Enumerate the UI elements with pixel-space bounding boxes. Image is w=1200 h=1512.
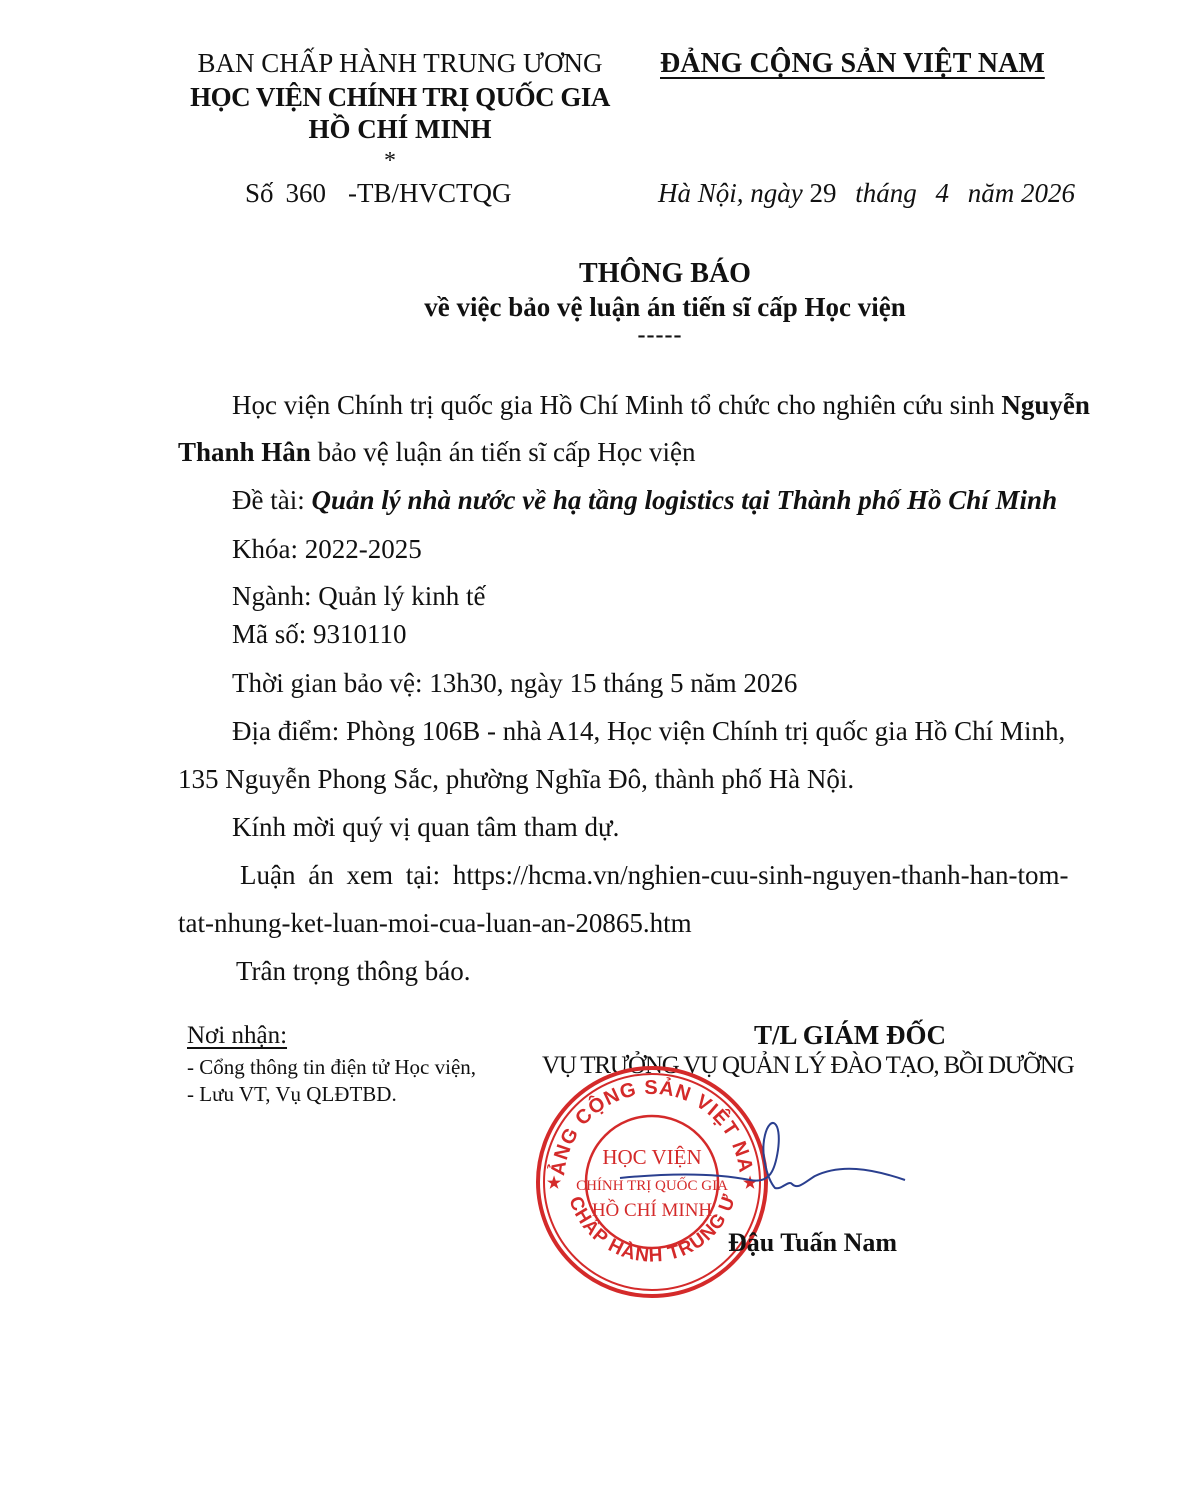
doc-number-value: 360 xyxy=(286,178,327,208)
org-name-cont: HỒ CHÍ MINH xyxy=(170,114,630,145)
date-day: 29 xyxy=(810,178,837,208)
intro-suffix: bảo vệ luận án tiến sĩ cấp Học viện xyxy=(311,437,696,467)
date-month-label: tháng xyxy=(855,178,917,208)
intro-text: Học viện Chính trị quốc gia Hồ Chí Minh … xyxy=(232,390,1001,420)
candidate-name-first: Nguyễn xyxy=(1001,390,1090,420)
org-name: HỌC VIỆN CHÍNH TRỊ QUỐC GIA xyxy=(170,82,630,113)
date-line: Hà Nội, ngày 29 tháng 4 năm 2026 xyxy=(658,178,1075,209)
time-line: Thời gian bảo vệ: 13h30, ngày 15 tháng 5… xyxy=(232,668,797,699)
doc-number-suffix: -TB/HVCTQG xyxy=(348,178,512,208)
recipient-item: - Lưu VT, Vụ QLĐTBD. xyxy=(187,1082,397,1107)
topic-line: Đề tài: Quản lý nhà nước về hạ tầng logi… xyxy=(232,485,1057,516)
doc-subtitle: về việc bảo vệ luận án tiến sĩ cấp Học v… xyxy=(0,292,1200,323)
thesis-link-line1[interactable]: Luận án xem tại: https://hcma.vn/nghien-… xyxy=(240,860,1069,891)
code-line: Mã số: 9310110 xyxy=(232,619,407,650)
recipient-item: - Cổng thông tin điện tử Học viện, xyxy=(187,1055,476,1080)
date-month: 4 xyxy=(936,178,950,208)
doc-number: Số360-TB/HVCTQG xyxy=(245,178,512,209)
date-year-label: năm xyxy=(968,178,1015,208)
intro-line2: Thanh Hân bảo vệ luận án tiến sĩ cấp Học… xyxy=(178,437,695,468)
major-line: Ngành: Quản lý kinh tế xyxy=(232,581,485,612)
title-separator: ----- xyxy=(0,322,1200,349)
thesis-link-line2[interactable]: tat-nhung-ket-luan-moi-cua-luan-an-20865… xyxy=(178,908,692,939)
svg-text:★: ★ xyxy=(547,1175,562,1192)
course-line: Khóa: 2022-2025 xyxy=(232,534,422,565)
doc-number-prefix: Số xyxy=(245,178,274,208)
signer-name: Đậu Tuấn Nam xyxy=(728,1228,897,1258)
date-year: 2026 xyxy=(1021,178,1075,208)
org-parent: BAN CHẤP HÀNH TRUNG ƯƠNG xyxy=(170,48,630,79)
closing-line: Trân trọng thông báo. xyxy=(236,956,471,987)
location-line2: 135 Nguyễn Phong Sắc, phường Nghĩa Đô, t… xyxy=(178,764,854,795)
invitation-line: Kính mời quý vị quan tâm tham dự. xyxy=(232,812,619,843)
topic-label: Đề tài: xyxy=(232,485,311,515)
location-line1: Địa điểm: Phòng 106B - nhà A14, Học viện… xyxy=(232,716,1065,747)
recipients-heading: Nơi nhận: xyxy=(187,1022,287,1050)
doc-title: THÔNG BÁO xyxy=(0,258,1200,290)
party-name: ĐẢNG CỘNG SẢN VIỆT NAM xyxy=(660,48,1045,80)
topic-value: Quản lý nhà nước về hạ tầng logistics tạ… xyxy=(311,485,1057,515)
signature-title: T/L GIÁM ĐỐC xyxy=(580,1020,1120,1051)
handwritten-signature-icon xyxy=(600,1110,920,1210)
date-place: Hà Nội, ngày xyxy=(658,178,803,208)
star-divider: * xyxy=(170,148,610,175)
intro-line1: Học viện Chính trị quốc gia Hồ Chí Minh … xyxy=(232,390,1090,421)
candidate-name-rest: Thanh Hân xyxy=(178,437,311,467)
